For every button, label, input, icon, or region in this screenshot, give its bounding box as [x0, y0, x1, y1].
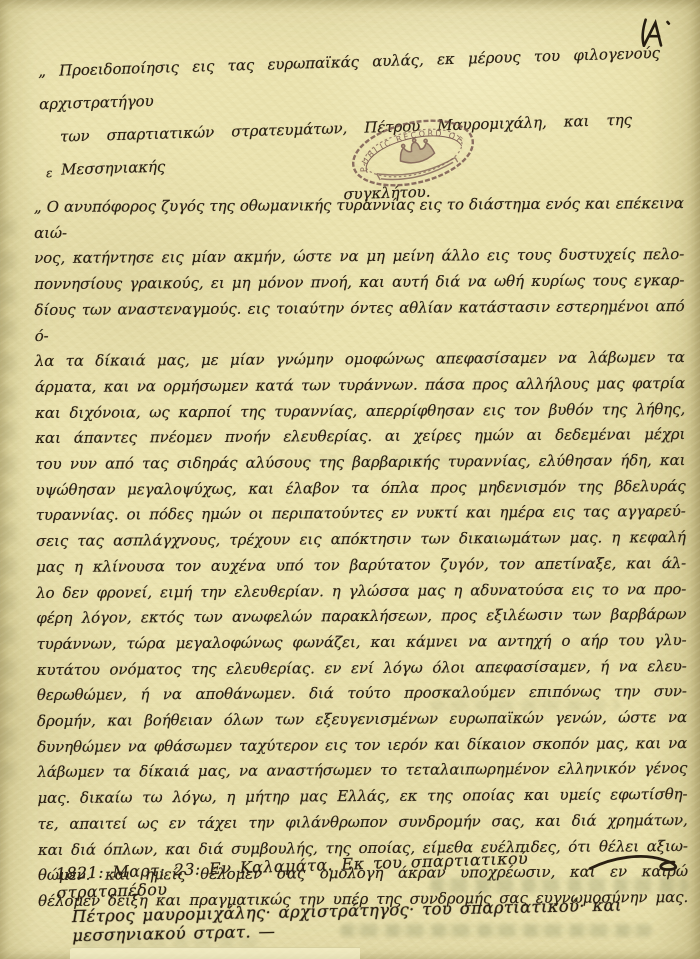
body-line: λα τα δίκαιά μας, με μίαν γνώμην ομοφώνω…	[35, 345, 685, 375]
body-line: λο δεν φρονεί, ειμή την ελευθερίαν. η γλ…	[36, 577, 686, 607]
body-line: θερωθώμεν, ή να αποθάνωμεν. διά τούτο πρ…	[37, 679, 687, 709]
body-line: λάβωμεν τα δίκαιά μας, να αναστήσωμεν το…	[37, 756, 687, 786]
pen-flourish-icon	[587, 848, 688, 879]
body-line: άρματα, και να ορμήσωμεν κατά των τυράνν…	[35, 371, 685, 401]
left-edge-bleed	[0, 220, 15, 780]
body-line: και άπαντες πνέομεν πνοήν ελευθερίας. αι…	[35, 422, 685, 452]
body-line: δρομήν, και βοήθειαν όλων των εξευγενισμ…	[37, 705, 687, 735]
marginal-mark: ε	[46, 166, 53, 180]
body-line: μας η κλίνουσα τον αυχένα υπό τον βαρύτα…	[36, 551, 686, 581]
body-line: τε, απαιτεί ως εν τάχει την φιλάνθρωπον …	[38, 808, 688, 838]
body-line: ποννησίους γραικούς, ει μη μόνον πνοή, κ…	[34, 268, 684, 298]
body-line: φέρη λόγον, εκτός των ανωφελών παρακλήσε…	[36, 602, 686, 632]
body-line: κυτάτου ονόματος της ελευθερίας. εν ενί …	[37, 654, 687, 684]
body-line: νος, κατήντησε εις μίαν ακμήν, ώστε να μ…	[34, 242, 684, 272]
body-line: δυνηθώμεν να φθάσωμεν ταχύτερον εις τον …	[37, 731, 687, 761]
underlying-page-edge	[70, 947, 360, 959]
body-line: τυραννίας. οι πόδες ημών οι περιπατούντε…	[36, 499, 686, 529]
body-line: υψώθησαν μεγαλοψύχως, και έλαβον τα όπλα…	[36, 474, 686, 504]
body-line: τυράννων, τώρα μεγαλοφώνως φωνάζει, και …	[36, 628, 686, 658]
body-line: και διχόνοια, ως καρποί της τυραννίας, α…	[35, 397, 685, 427]
body-line: σεις τας ασπλάγχνους, τρέχουν εις απόκτη…	[36, 525, 686, 555]
body-line: δίους των αναστεναγμούς. εις τοιαύτην όν…	[34, 294, 684, 349]
manuscript-page: „ Προειδοποίησις εις τας ευρωπαϊκάς αυλά…	[0, 0, 700, 959]
body-text: „ Ο ανυπόφορος ζυγός της οθωμανικής τυρα…	[34, 191, 688, 915]
body-line: του νυν από τας σιδηράς αλύσους της βαρβ…	[35, 448, 685, 478]
body-line: „ Ο ανυπόφορος ζυγός της οθωμανικής τυρα…	[34, 191, 684, 246]
body-line: μας. δικαίω τω λόγω, η μήτηρ μας Ελλάς, …	[37, 782, 687, 812]
